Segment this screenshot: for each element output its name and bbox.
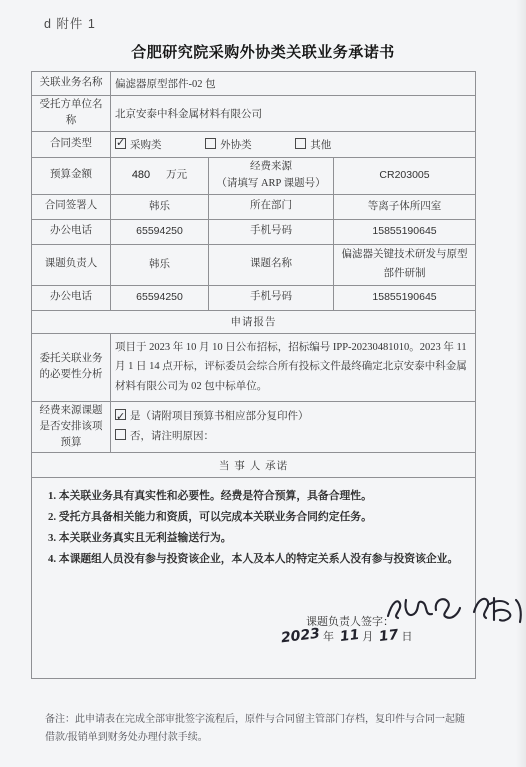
report-section-header: 申请报告 [32, 310, 476, 333]
pi-office-phone-label: 办公电话 [32, 285, 111, 310]
pi-value: 韩乐 [111, 244, 209, 285]
scan-edge-shading [516, 0, 526, 767]
signer-office-phone-label: 办公电话 [32, 219, 111, 244]
date-year-unit: 年 [323, 631, 334, 643]
contract-type-options: 采购类 外协类 其他 [111, 131, 476, 157]
dept-label: 所在部门 [209, 194, 334, 219]
row-budget-arranged: 经费来源课题是否安排该项预算 是（请附项目预算书相应部分复印件） 否，请注明原因… [32, 401, 476, 453]
option-other-label: 其他 [310, 140, 331, 151]
row-promises: 1. 本关联业务具有真实性和必要性。经费是符合预算，具备合理性。 2. 受托方具… [32, 478, 476, 679]
budget-arranged-yes: 是（请附项目预算书相应部分复印件） [115, 407, 471, 427]
handwritten-signature [382, 590, 526, 632]
budget-arranged-options: 是（请附项目预算书相应部分复印件） 否，请注明原因： [111, 401, 476, 453]
signer-mobile-label: 手机号码 [209, 219, 334, 244]
date-year-handwritten: 2023 [280, 626, 321, 647]
necessity-value: 项目于 2023 年 10 月 10 日公布招标，招标编号 IPP-202304… [111, 333, 476, 401]
row-business-name: 关联业务名称 偏滤器原型部件-02 包 [32, 72, 476, 96]
project-name-value: 偏滤器关键技术研发与原型部件研制 [334, 244, 476, 285]
pi-office-phone-value: 65594250 [111, 285, 209, 310]
fund-source-label-line1: 经费来源 [213, 159, 329, 175]
budget-label: 预算金额 [32, 157, 111, 194]
signer-office-phone-value: 65594250 [111, 219, 209, 244]
checkbox-yes-icon [115, 409, 126, 420]
row-contract-type: 合同类型 采购类 外协类 其他 [32, 131, 476, 157]
budget-arranged-no: 否，请注明原因： [115, 427, 471, 447]
option-outsourcing-label: 外协类 [220, 140, 252, 151]
pi-mobile-value: 15855190645 [334, 285, 476, 310]
promise-section-header: 当 事 人 承诺 [32, 453, 476, 478]
necessity-label: 委托关联业务的必要性分析 [32, 333, 111, 401]
attachment-label: d 附件 1 [44, 14, 96, 32]
checkbox-no-icon [115, 429, 126, 440]
row-promise-header: 当 事 人 承诺 [32, 453, 476, 478]
trustee-value: 北京安泰中科金属材料有限公司 [111, 96, 476, 132]
signer-value: 韩乐 [111, 194, 209, 219]
dept-value: 等离子体所四室 [334, 194, 476, 219]
row-necessity: 委托关联业务的必要性分析 项目于 2023 年 10 月 10 日公布招标，招标… [32, 333, 476, 401]
date-day-handwritten: 17 [378, 627, 399, 645]
budget-arranged-yes-label: 是（请附项目预算书相应部分复印件） [130, 411, 309, 422]
date-day-unit: 日 [401, 631, 412, 643]
business-name-label: 关联业务名称 [32, 72, 111, 96]
row-pi-phone: 办公电话 65594250 手机号码 15855190645 [32, 285, 476, 310]
project-name-label: 课题名称 [209, 244, 334, 285]
row-report-header: 申请报告 [32, 310, 476, 333]
option-outsourcing: 外协类 [205, 140, 254, 151]
row-trustee: 受托方单位名称 北京安泰中科金属材料有限公司 [32, 96, 476, 132]
pi-label: 课题负责人 [32, 244, 111, 285]
fund-source-value: CR203005 [334, 157, 476, 194]
budget-value: 480万元 [111, 157, 209, 194]
contract-type-label: 合同类型 [32, 131, 111, 157]
fund-source-label: 经费来源 （请填写 ARP 课题号） [209, 157, 334, 194]
checkbox-purchase-icon [115, 138, 126, 149]
date-month-handwritten: 11 [339, 627, 360, 645]
option-purchase: 采购类 [115, 140, 164, 151]
checkbox-other-icon [295, 138, 306, 149]
budget-arranged-no-label: 否，请注明原因： [130, 431, 214, 442]
footer-note: 备注：此申请表在完成全部审批签字流程后，原件与合同留主管部门存档，复印件与合同一… [45, 711, 473, 746]
checkbox-outsourcing-icon [205, 138, 216, 149]
row-signer-phone: 办公电话 65594250 手机号码 15855190645 [32, 219, 476, 244]
trustee-label: 受托方单位名称 [32, 96, 111, 132]
pi-mobile-label: 手机号码 [209, 285, 334, 310]
signature-date: 2023年 11月 17日 [278, 628, 412, 644]
option-purchase-label: 采购类 [130, 140, 162, 151]
date-month-unit: 月 [362, 631, 373, 643]
option-other: 其他 [295, 140, 331, 151]
row-pi: 课题负责人 韩乐 课题名称 偏滤器关键技术研发与原型部件研制 [32, 244, 476, 285]
page-title: 合肥研究院采购外协类关联业务承诺书 [0, 41, 526, 62]
fund-source-label-line2: （请填写 ARP 课题号） [213, 176, 329, 192]
promise-box: 1. 本关联业务具有真实性和必要性。经费是符合预算，具备合理性。 2. 受托方具… [32, 478, 476, 679]
budget-unit: 万元 [166, 170, 187, 181]
budget-arranged-label: 经费来源课题是否安排该项预算 [32, 401, 111, 453]
row-budget: 预算金额 480万元 经费来源 （请填写 ARP 课题号） CR203005 [32, 157, 476, 194]
business-name-value: 偏滤器原型部件-02 包 [111, 72, 476, 96]
budget-amount: 480 [132, 169, 150, 181]
signer-label: 合同签署人 [32, 194, 111, 219]
commitment-form-table: 关联业务名称 偏滤器原型部件-02 包 受托方单位名称 北京安泰中科金属材料有限… [31, 71, 476, 679]
signature-block: 课题负责人签字： 2023年 11月 17日 [32, 478, 475, 678]
signer-mobile-value: 15855190645 [334, 219, 476, 244]
row-signer: 合同签署人 韩乐 所在部门 等离子体所四室 [32, 194, 476, 219]
